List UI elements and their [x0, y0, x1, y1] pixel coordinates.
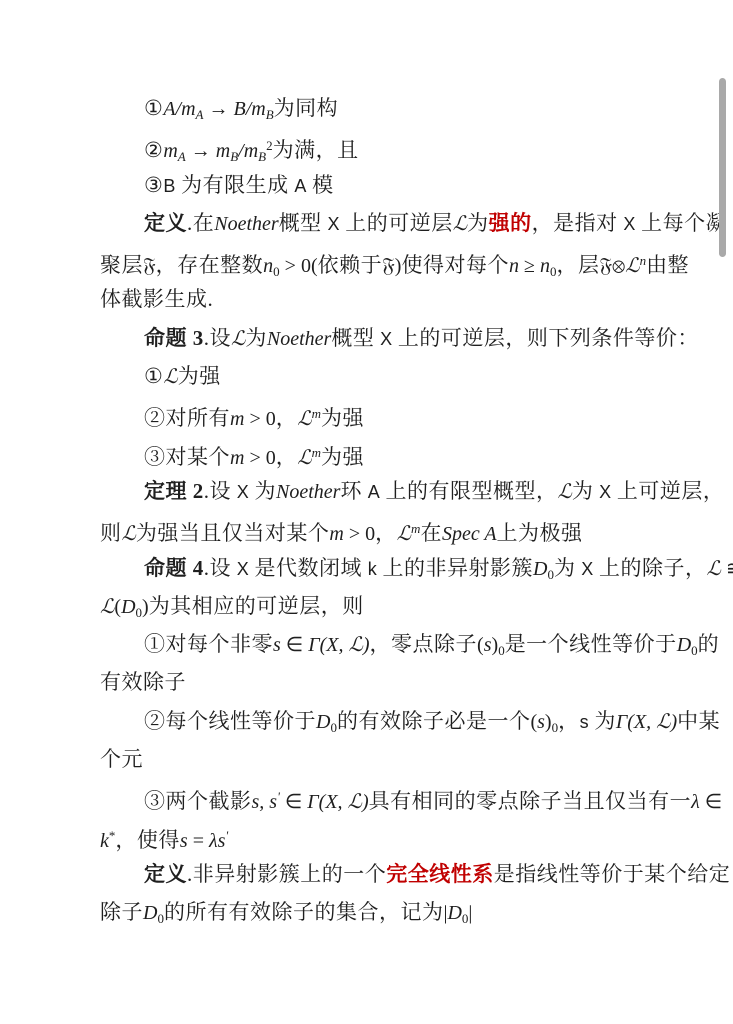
text-span: 命题 3	[144, 326, 204, 350]
text-span: s	[180, 830, 188, 852]
text-span: m	[312, 445, 321, 460]
text-span: 𝔉	[382, 255, 395, 277]
text-line-20: k*，使得s = λs'	[100, 817, 645, 855]
text-span: X	[237, 559, 249, 579]
text-span: B	[258, 149, 266, 164]
text-span: ，	[276, 445, 298, 469]
text-span: X	[581, 559, 593, 579]
text-span: Γ(X, ℒ)	[307, 791, 368, 813]
text-span: A/m	[163, 98, 195, 120]
text-span: A	[368, 482, 380, 502]
text-span: 为同构	[274, 96, 339, 120]
text-span: 模	[306, 173, 333, 197]
text-span: ③	[144, 173, 163, 197]
text-span: 上为极强	[497, 521, 583, 545]
text-span: ，	[558, 709, 580, 733]
text-span: ℒ	[100, 596, 114, 618]
text-span: ℒ	[397, 523, 411, 545]
text-span: 为其相应的可逆层，则	[149, 594, 364, 618]
text-line-5: 聚层𝔉，存在整数n0 > 0(依赖于𝔉)使得对每个n ≥ n0，层𝔉⊗ℒn由整	[100, 242, 645, 280]
text-span: ∈	[280, 791, 307, 813]
text-line-21: 定义.非异射影簇上的一个完全线性系是指线性等价于某个给定	[100, 855, 645, 893]
text-span: m	[230, 408, 244, 430]
text-span: k	[100, 830, 109, 852]
text-span: ②	[144, 138, 163, 162]
text-span: 强的	[489, 211, 532, 235]
text-span: 为	[467, 211, 489, 235]
text-line-4: 定义.在Noether概型 X 上的可逆层ℒ为强的，是指对 X 上每个凝	[100, 204, 645, 242]
text-span: ③两个截影	[144, 789, 252, 813]
text-span: ℒ	[557, 481, 571, 503]
text-span: 上的除子，	[593, 556, 706, 580]
text-line-13: 命题 4.设 X 是代数闭域 k 上的非异射影簇D0为 X 上的除子，ℒ ≅	[100, 549, 645, 587]
text-span: ，	[276, 406, 298, 430]
text-span: n	[263, 255, 273, 277]
text-span: 上的可逆层	[339, 211, 452, 235]
text-span: 上可逆层，	[611, 479, 724, 503]
text-span: 概型	[279, 211, 328, 235]
text-line-9: ②对所有m > 0，ℒm为强	[100, 395, 645, 433]
text-span: ℒ	[625, 255, 639, 277]
text-span: 命题 4	[144, 556, 204, 580]
text-span: ≥	[519, 255, 540, 277]
text-span: 除子	[100, 900, 143, 924]
text-span: )	[545, 711, 552, 733]
text-span: D	[447, 902, 461, 924]
text-span: s	[580, 712, 589, 732]
text-span: Noether	[214, 213, 278, 235]
text-span: 为	[554, 556, 581, 580]
text-span: B	[230, 149, 238, 164]
text-line-10: ③对某个m > 0，ℒm为强	[100, 434, 645, 472]
text-span: →	[186, 140, 216, 162]
text-line-6: 体截影生成.	[100, 280, 645, 318]
text-span: 的所有有效除子的集合，记为	[164, 900, 444, 924]
text-span: 为强当且仅当对某个	[136, 521, 330, 545]
text-span: ℒ	[453, 213, 467, 235]
text-span: ①	[144, 96, 163, 120]
text-span: ℒ	[297, 408, 311, 430]
text-span: 𝔉	[143, 255, 156, 277]
text-span: 𝔉⊗	[599, 255, 625, 277]
text-span: |	[468, 902, 472, 924]
text-span: .非异射影簇上的一个	[187, 862, 386, 886]
text-span: ，是指对	[532, 211, 624, 235]
text-span: 定义	[144, 211, 187, 235]
text-span: m	[329, 523, 343, 545]
text-span: ②对所有	[144, 406, 230, 430]
text-span: 为强	[178, 364, 221, 388]
text-line-1: ①A/mA → B/mB为同构	[100, 89, 645, 127]
text-span: =	[188, 830, 209, 852]
text-span: 的	[698, 632, 720, 656]
text-span: 使得对每个	[401, 253, 509, 277]
text-span: 依赖于	[318, 253, 383, 277]
text-span: > 0	[244, 447, 275, 469]
text-span: A	[196, 107, 204, 122]
text-span: X	[599, 482, 611, 502]
text-line-18: 个元	[100, 740, 645, 778]
text-span: ①	[144, 364, 163, 388]
text-span: ，使得	[115, 828, 180, 852]
vertical-scrollbar-thumb[interactable]	[719, 78, 726, 257]
text-span: 则	[100, 521, 122, 545]
text-line-8: ①ℒ为强	[100, 357, 645, 395]
text-span: .设	[204, 479, 237, 503]
text-span: 环	[340, 479, 367, 503]
text-span: s, s	[252, 791, 278, 813]
text-line-12: 则ℒ为强当且仅当对某个m > 0，ℒm在Spec A上为极强	[100, 510, 645, 548]
text-span: > 0(	[280, 255, 318, 277]
text-span: 概型	[331, 326, 380, 350]
text-span: Noether	[267, 328, 331, 350]
text-span: Noether	[276, 481, 340, 503]
text-span: 由整	[646, 253, 689, 277]
text-span: →	[204, 98, 234, 120]
text-span: 为满，且	[273, 138, 359, 162]
text-span: m	[216, 140, 230, 162]
text-line-2: ②mA → mB/mB2为满，且	[100, 127, 645, 165]
text-span: 为强	[321, 445, 364, 469]
text-span: ，	[375, 521, 397, 545]
text-span: λ	[691, 791, 700, 813]
text-span: B	[163, 176, 175, 196]
text-span: .设	[204, 556, 237, 580]
text-span: m	[230, 447, 244, 469]
text-span: D	[143, 902, 157, 924]
text-span: k	[368, 559, 377, 579]
text-span: ∈	[700, 791, 722, 813]
text-span: ≅	[721, 558, 733, 580]
text-span: )	[142, 596, 149, 618]
text-span: (	[477, 634, 484, 656]
text-span: 是一个线性等价于	[505, 632, 677, 656]
text-span: ①对每个非零	[144, 632, 273, 656]
text-span: s	[537, 711, 545, 733]
text-span: D	[677, 634, 691, 656]
text-line-7: 命题 3.设ℒ为Noether概型 X 上的可逆层，则下列条件等价：	[100, 319, 645, 357]
text-span: λs	[209, 830, 225, 852]
text-span: 有效除子	[100, 670, 186, 694]
text-span: /m	[238, 140, 258, 162]
text-span: X	[237, 482, 249, 502]
text-span: 上每个凝	[635, 211, 727, 235]
text-span: n	[540, 255, 550, 277]
text-span: 个元	[100, 747, 143, 771]
text-line-16: 有效除子	[100, 663, 645, 701]
text-span: A	[294, 176, 306, 196]
text-span: 为	[572, 479, 599, 503]
text-line-17: ②每个线性等价于D0的有效除子必是一个(s)0，s 为Γ(X, ℒ)中某	[100, 702, 645, 740]
text-span: n	[509, 255, 519, 277]
text-span: s	[484, 634, 492, 656]
text-span: Γ(X, ℒ)	[616, 711, 677, 733]
text-span: 在	[420, 521, 442, 545]
text-span: ，层	[556, 253, 599, 277]
text-span: 体截影生成.	[100, 287, 213, 311]
text-span: Spec A	[442, 523, 497, 545]
text-span: 中某	[677, 709, 720, 733]
text-span: 为强	[321, 406, 364, 430]
text-span: 具有相同的零点除子当且仅当有一	[369, 789, 692, 813]
text-span: ℒ	[231, 328, 245, 350]
text-span: ③对某个	[144, 445, 230, 469]
text-span: 是指线性等价于某个给定	[494, 862, 731, 886]
text-span: 定义	[144, 862, 187, 886]
text-span: D	[316, 711, 330, 733]
text-span: .设	[204, 326, 231, 350]
text-line-19: ③两个截影s, s' ∈ Γ(X, ℒ)具有相同的零点除子当且仅当有一λ ∈	[100, 778, 645, 816]
text-span: ℒ	[122, 523, 136, 545]
text-span: 上的有限型概型，	[380, 479, 558, 503]
text-span: s	[273, 634, 281, 656]
text-span: m	[163, 140, 177, 162]
text-span: '	[225, 828, 228, 843]
text-span: X	[623, 214, 635, 234]
text-span: > 0	[344, 523, 375, 545]
text-line-22: 除子D0的所有有效除子的集合，记为|D0|	[100, 893, 645, 931]
document-page: ①A/mA → B/mB为同构②mA → mB/mB2为满，且③B 为有限生成 …	[0, 0, 733, 1024]
text-span: A	[178, 149, 186, 164]
text-span: 是代数闭域	[249, 556, 368, 580]
text-span: D	[121, 596, 135, 618]
text-span: 为有限生成	[175, 173, 294, 197]
text-span: ℒ	[706, 558, 720, 580]
text-span: 的有效除子必是一个	[337, 709, 531, 733]
text-line-3: ③B 为有限生成 A 模	[100, 166, 645, 204]
text-span: > 0	[244, 408, 275, 430]
text-span: ，零点除子	[370, 632, 478, 656]
text-span: 为	[245, 326, 267, 350]
text-span: 定理 2	[144, 479, 204, 503]
text-line-14: ℒ(D0)为其相应的可逆层，则	[100, 587, 645, 625]
text-span: 聚层	[100, 253, 143, 277]
text-span: ℒ	[163, 366, 177, 388]
text-span: Γ(X, ℒ)	[308, 634, 369, 656]
text-span: 上的可逆层，则下列条件等价：	[392, 326, 699, 350]
text-span: 为	[249, 479, 276, 503]
text-span: B/m	[234, 98, 266, 120]
text-span: ℒ	[297, 447, 311, 469]
text-span: 完全线性系	[386, 862, 494, 886]
text-line-11: 定理 2.设 X 为Noether环 A 上的有限型概型，ℒ为 X 上可逆层，	[100, 472, 645, 510]
text-span: 上的非异射影簇	[377, 556, 533, 580]
text-span: B	[266, 107, 274, 122]
text-span: ∈	[281, 634, 308, 656]
text-span: ，存在整数	[156, 253, 264, 277]
text-span: X	[327, 214, 339, 234]
text-span: .在	[187, 211, 214, 235]
document-content: ①A/mA → B/mB为同构②mA → mB/mB2为满，且③B 为有限生成 …	[100, 89, 645, 932]
text-span: ②每个线性等价于	[144, 709, 316, 733]
text-span: D	[533, 558, 547, 580]
text-span: 为	[589, 709, 616, 733]
text-span: m	[312, 406, 321, 421]
text-span: X	[380, 329, 392, 349]
text-line-15: ①对每个非零s ∈ Γ(X, ℒ)，零点除子(s)0是一个线性等价于D0的	[100, 625, 645, 663]
